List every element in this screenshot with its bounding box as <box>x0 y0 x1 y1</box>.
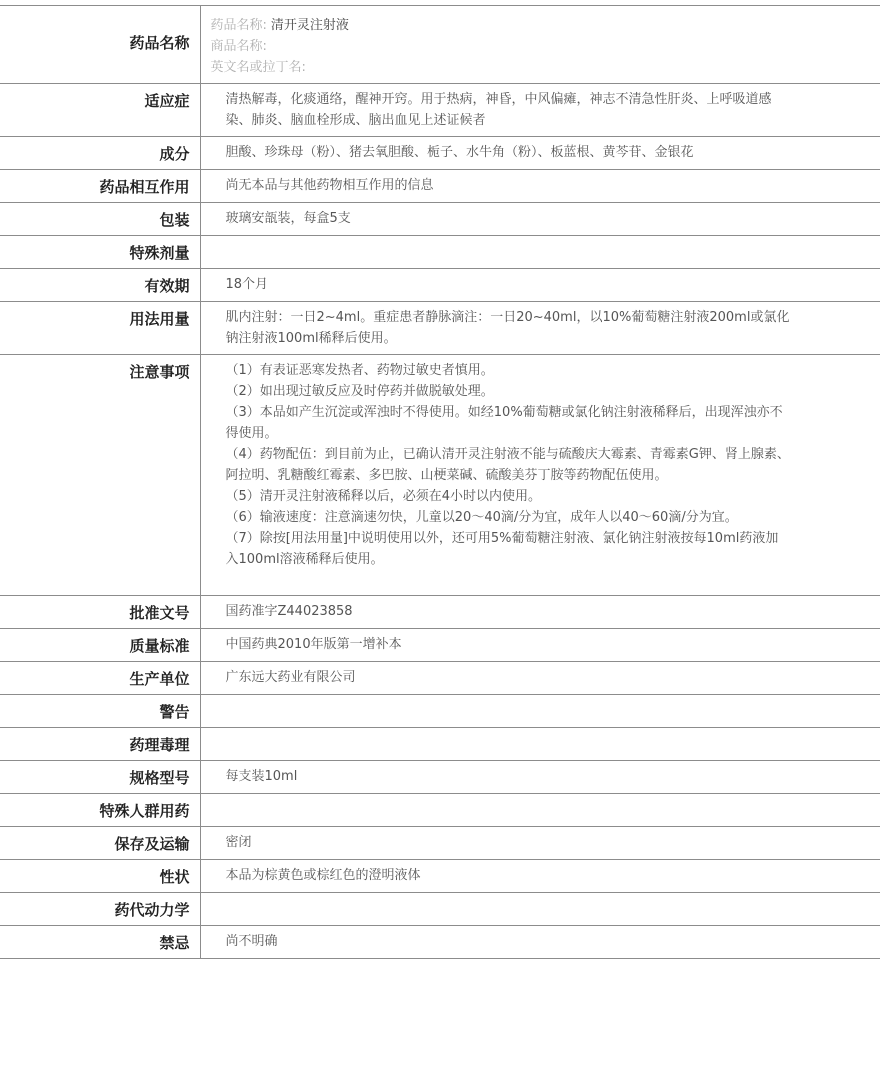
label-usage: 用法用量 <box>0 302 200 355</box>
row-warning: 警告 <box>0 695 880 728</box>
row-appearance: 性状 本品为棕黄色或棕红色的澄明液体 <box>0 860 880 893</box>
row-special-populations: 特殊人群用药 <box>0 794 880 827</box>
value-usage: 肌内注射：一日2~4ml。重症患者静脉滴注：一日20~40ml，以10%葡萄糖注… <box>200 302 880 355</box>
precaution-item: （2）如出现过敏反应及时停药并做脱敏处理。 <box>226 381 791 402</box>
label-precautions: 注意事项 <box>0 355 200 596</box>
value-ingredients: 胆酸、珍珠母（粉）、猪去氧胆酸、栀子、水牛角（粉）、板蓝根、黄芩苷、金银花 <box>200 137 880 170</box>
row-pharmacology-toxicology: 药理毒理 <box>0 728 880 761</box>
row-packaging: 包装 玻璃安瓿装，每盒5支 <box>0 203 880 236</box>
label-warning: 警告 <box>0 695 200 728</box>
row-indications: 适应症 清热解毒，化痰通络，醒神开窍。用于热病，神昏，中风偏瘫，神志不清急性肝炎… <box>0 84 880 137</box>
precaution-item: （4）药物配伍：到目前为止，已确认清开灵注射液不能与硫酸庆大霉素、青霉素G钾、肾… <box>226 444 791 486</box>
generic-name-key: 药品名称: <box>211 18 267 33</box>
value-appearance: 本品为棕黄色或棕红色的澄明液体 <box>200 860 880 893</box>
row-usage: 用法用量 肌内注射：一日2~4ml。重症患者静脉滴注：一日20~40ml，以10… <box>0 302 880 355</box>
label-shelf-life: 有效期 <box>0 269 200 302</box>
row-quality-standard: 质量标准 中国药典2010年版第一增补本 <box>0 629 880 662</box>
row-manufacturer: 生产单位 广东远大药业有限公司 <box>0 662 880 695</box>
value-precautions: （1）有表证恶寒发热者、药物过敏史者慎用。 （2）如出现过敏反应及时停药并做脱敏… <box>200 355 880 596</box>
row-approval-number: 批准文号 国药准字Z44023858 <box>0 596 880 629</box>
label-appearance: 性状 <box>0 860 200 893</box>
value-special-dosage <box>200 236 880 269</box>
latin-name-key: 英文名或拉丁名: <box>211 60 306 75</box>
precaution-item: （6）输液速度：注意滴速勿快，儿童以20～40滴/分为宜，成年人以40～60滴/… <box>226 507 791 528</box>
row-shelf-life: 有效期 18个月 <box>0 269 880 302</box>
label-specification: 规格型号 <box>0 761 200 794</box>
precaution-item: （1）有表证恶寒发热者、药物过敏史者慎用。 <box>226 360 791 381</box>
latin-name-line: 英文名或拉丁名: <box>211 57 791 78</box>
generic-name-line: 药品名称:清开灵注射液 <box>211 15 791 36</box>
row-interactions: 药品相互作用 尚无本品与其他药物相互作用的信息 <box>0 170 880 203</box>
precaution-item: （5）清开灵注射液稀释以后，必须在4小时以内使用。 <box>226 486 791 507</box>
row-specification: 规格型号 每支装10ml <box>0 761 880 794</box>
row-precautions: 注意事项 （1）有表证恶寒发热者、药物过敏史者慎用。 （2）如出现过敏反应及时停… <box>0 355 880 596</box>
value-packaging: 玻璃安瓿装，每盒5支 <box>200 203 880 236</box>
row-ingredients: 成分 胆酸、珍珠母（粉）、猪去氧胆酸、栀子、水牛角（粉）、板蓝根、黄芩苷、金银花 <box>0 137 880 170</box>
value-quality-standard: 中国药典2010年版第一增补本 <box>200 629 880 662</box>
label-quality-standard: 质量标准 <box>0 629 200 662</box>
value-storage-transport: 密闭 <box>200 827 880 860</box>
generic-name-value: 清开灵注射液 <box>271 18 349 33</box>
value-pharmacokinetics <box>200 893 880 926</box>
label-drug-name: 药品名称 <box>0 6 200 84</box>
label-ingredients: 成分 <box>0 137 200 170</box>
value-contraindications: 尚不明确 <box>200 926 880 959</box>
value-specification: 每支装10ml <box>200 761 880 794</box>
row-contraindications: 禁忌 尚不明确 <box>0 926 880 959</box>
trade-name-line: 商品名称: <box>211 36 791 57</box>
value-approval-number: 国药准字Z44023858 <box>200 596 880 629</box>
precaution-item: （3）本品如产生沉淀或浑浊时不得使用。如经10%葡萄糖或氯化钠注射液稀释后，出现… <box>226 402 791 444</box>
row-special-dosage: 特殊剂量 <box>0 236 880 269</box>
label-pharmacokinetics: 药代动力学 <box>0 893 200 926</box>
label-contraindications: 禁忌 <box>0 926 200 959</box>
value-manufacturer: 广东远大药业有限公司 <box>200 662 880 695</box>
trade-name-key: 商品名称: <box>211 39 267 54</box>
label-indications: 适应症 <box>0 84 200 137</box>
drug-spec-table: 药品名称 药品名称:清开灵注射液 商品名称: 英文名或拉丁名: 适应症 清热解毒… <box>0 5 880 959</box>
row-pharmacokinetics: 药代动力学 <box>0 893 880 926</box>
label-approval-number: 批准文号 <box>0 596 200 629</box>
value-warning <box>200 695 880 728</box>
label-storage-transport: 保存及运输 <box>0 827 200 860</box>
label-special-populations: 特殊人群用药 <box>0 794 200 827</box>
label-manufacturer: 生产单位 <box>0 662 200 695</box>
label-interactions: 药品相互作用 <box>0 170 200 203</box>
value-shelf-life: 18个月 <box>200 269 880 302</box>
value-pharmacology-toxicology <box>200 728 880 761</box>
value-interactions: 尚无本品与其他药物相互作用的信息 <box>200 170 880 203</box>
label-special-dosage: 特殊剂量 <box>0 236 200 269</box>
value-special-populations <box>200 794 880 827</box>
row-drug-name: 药品名称 药品名称:清开灵注射液 商品名称: 英文名或拉丁名: <box>0 6 880 84</box>
precaution-item: （7）除按[用法用量]中说明使用以外，还可用5%葡萄糖注射液、氯化钠注射液按每1… <box>226 528 791 570</box>
value-drug-name: 药品名称:清开灵注射液 商品名称: 英文名或拉丁名: <box>200 6 880 84</box>
value-indications: 清热解毒，化痰通络，醒神开窍。用于热病，神昏，中风偏瘫，神志不清急性肝炎、上呼吸… <box>200 84 880 137</box>
row-storage-transport: 保存及运输 密闭 <box>0 827 880 860</box>
label-packaging: 包装 <box>0 203 200 236</box>
label-pharmacology-toxicology: 药理毒理 <box>0 728 200 761</box>
